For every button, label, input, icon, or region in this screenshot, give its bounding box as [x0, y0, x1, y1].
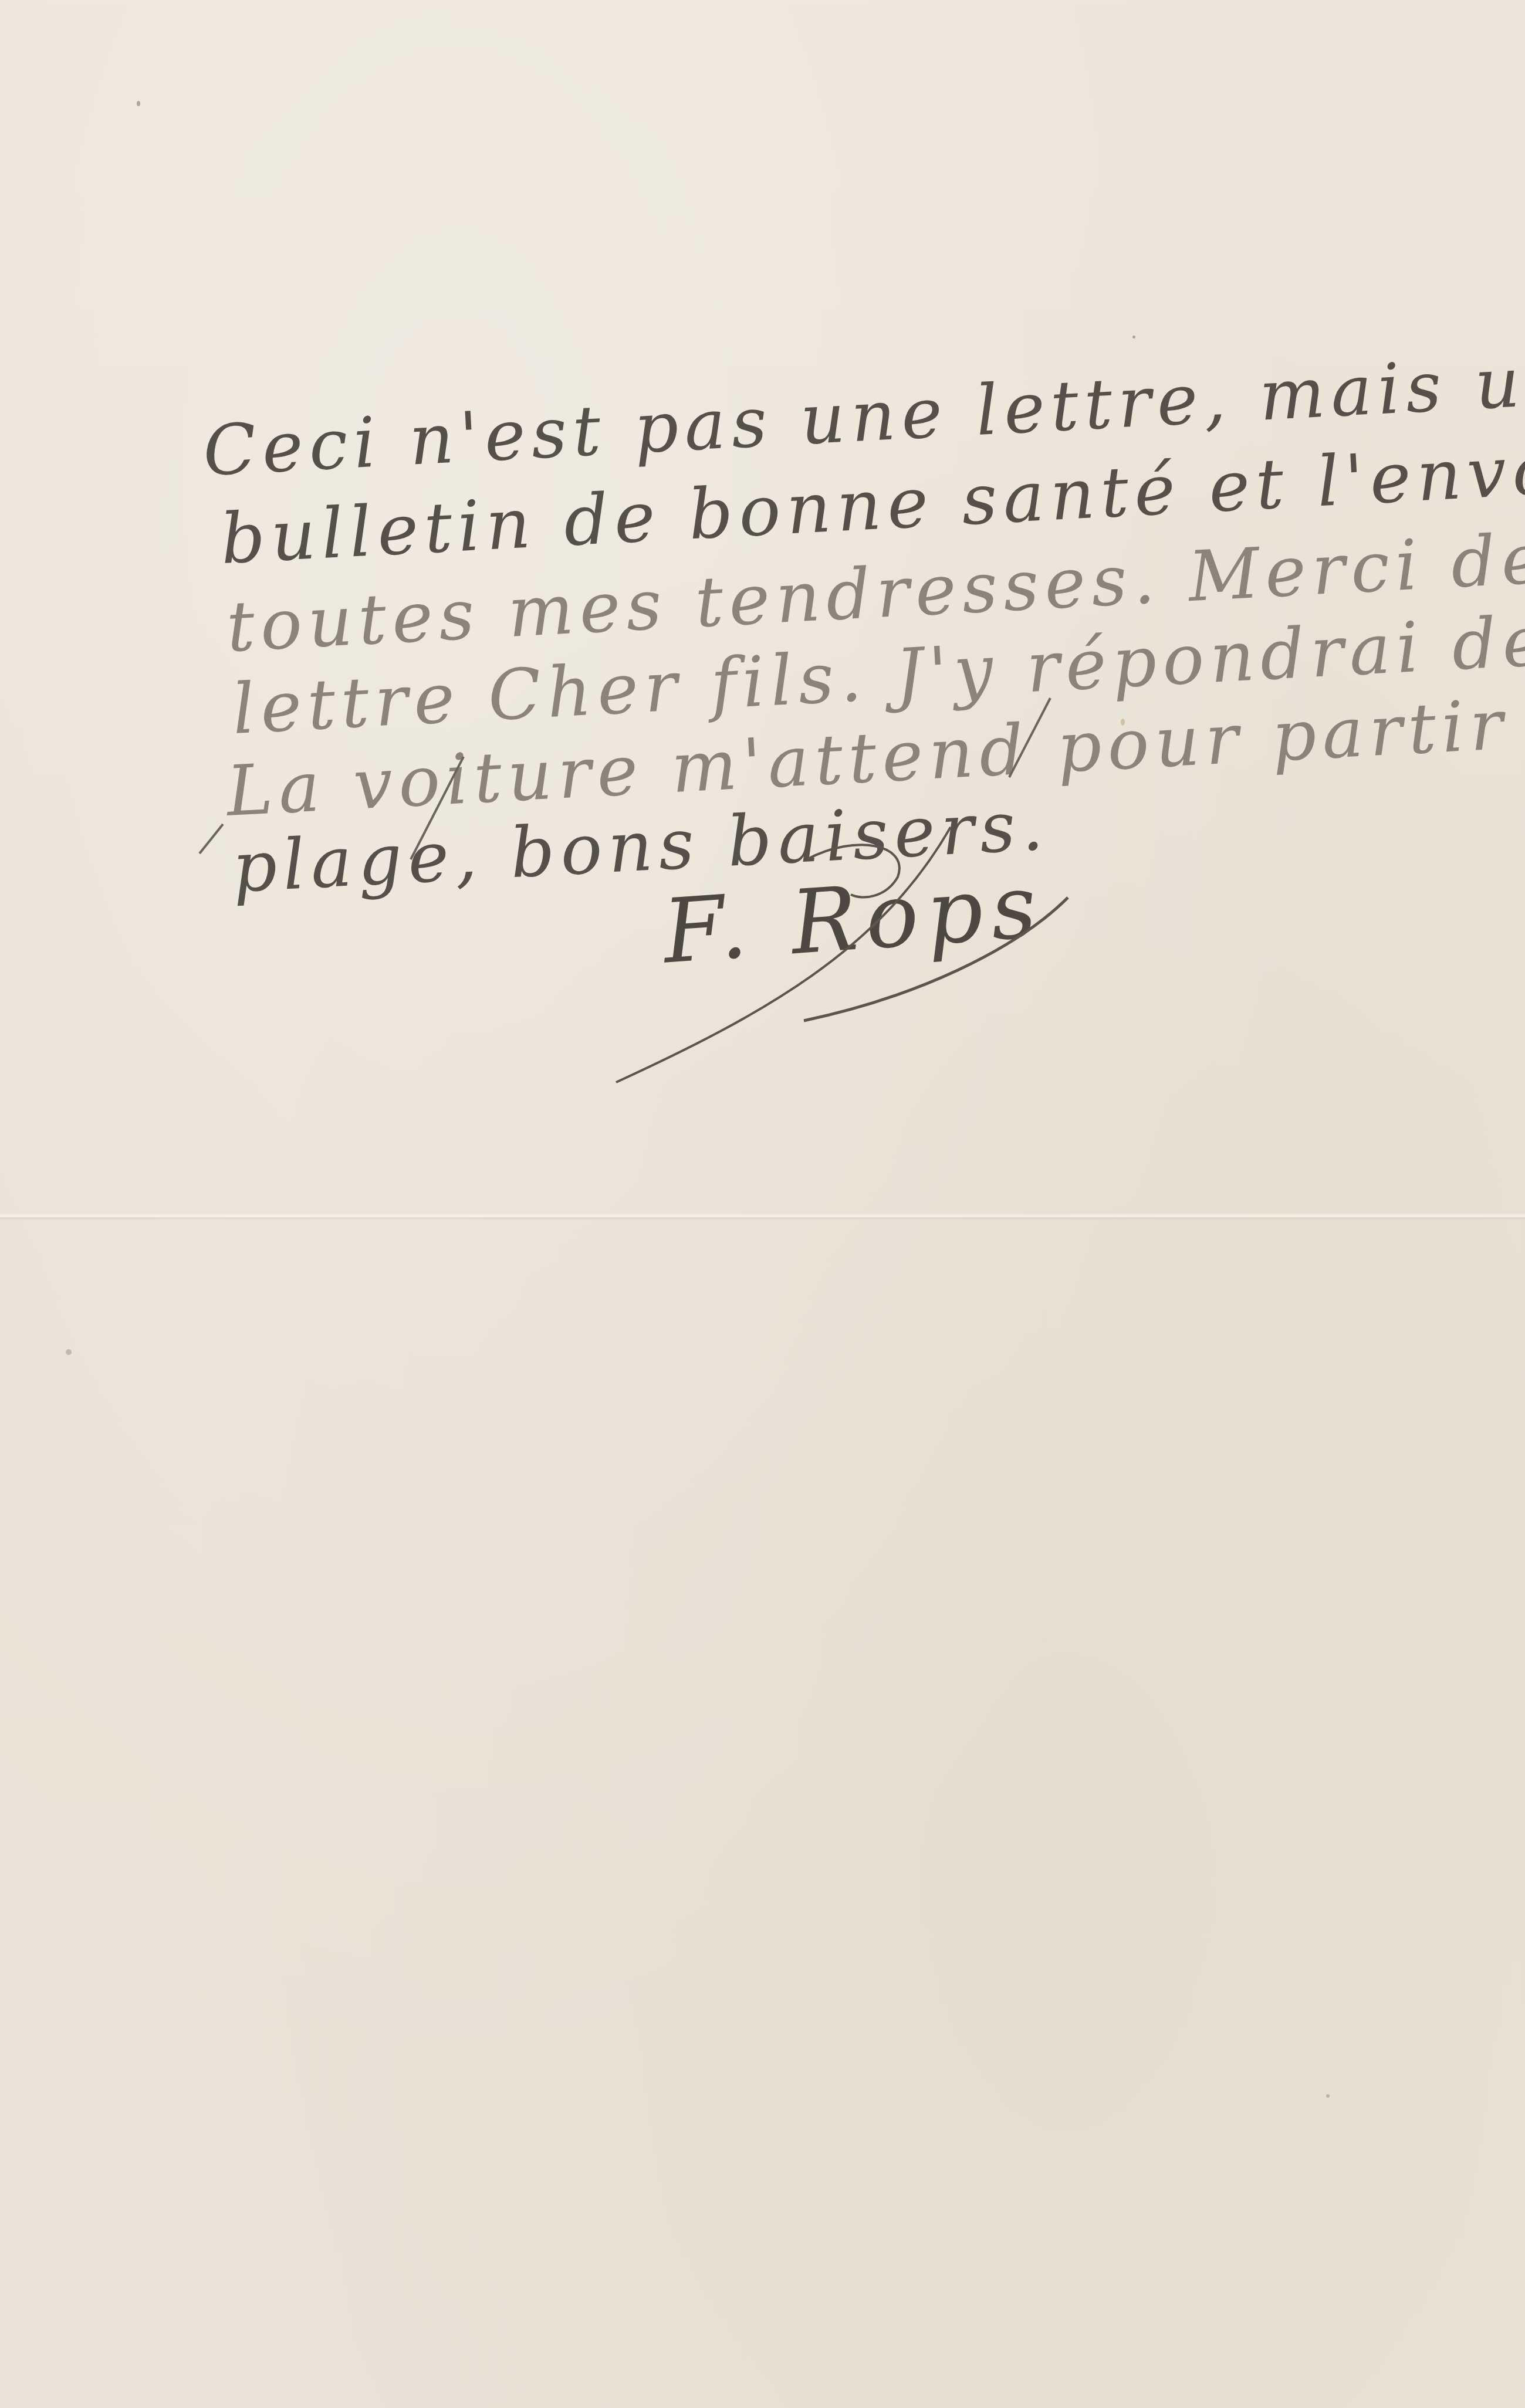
- paper-speck: [137, 101, 140, 106]
- paper-speck: [1326, 2094, 1330, 2098]
- paper-fold-crease: [0, 1213, 1525, 1220]
- paper-speck: [66, 1349, 72, 1355]
- paper-speck: [1132, 336, 1135, 338]
